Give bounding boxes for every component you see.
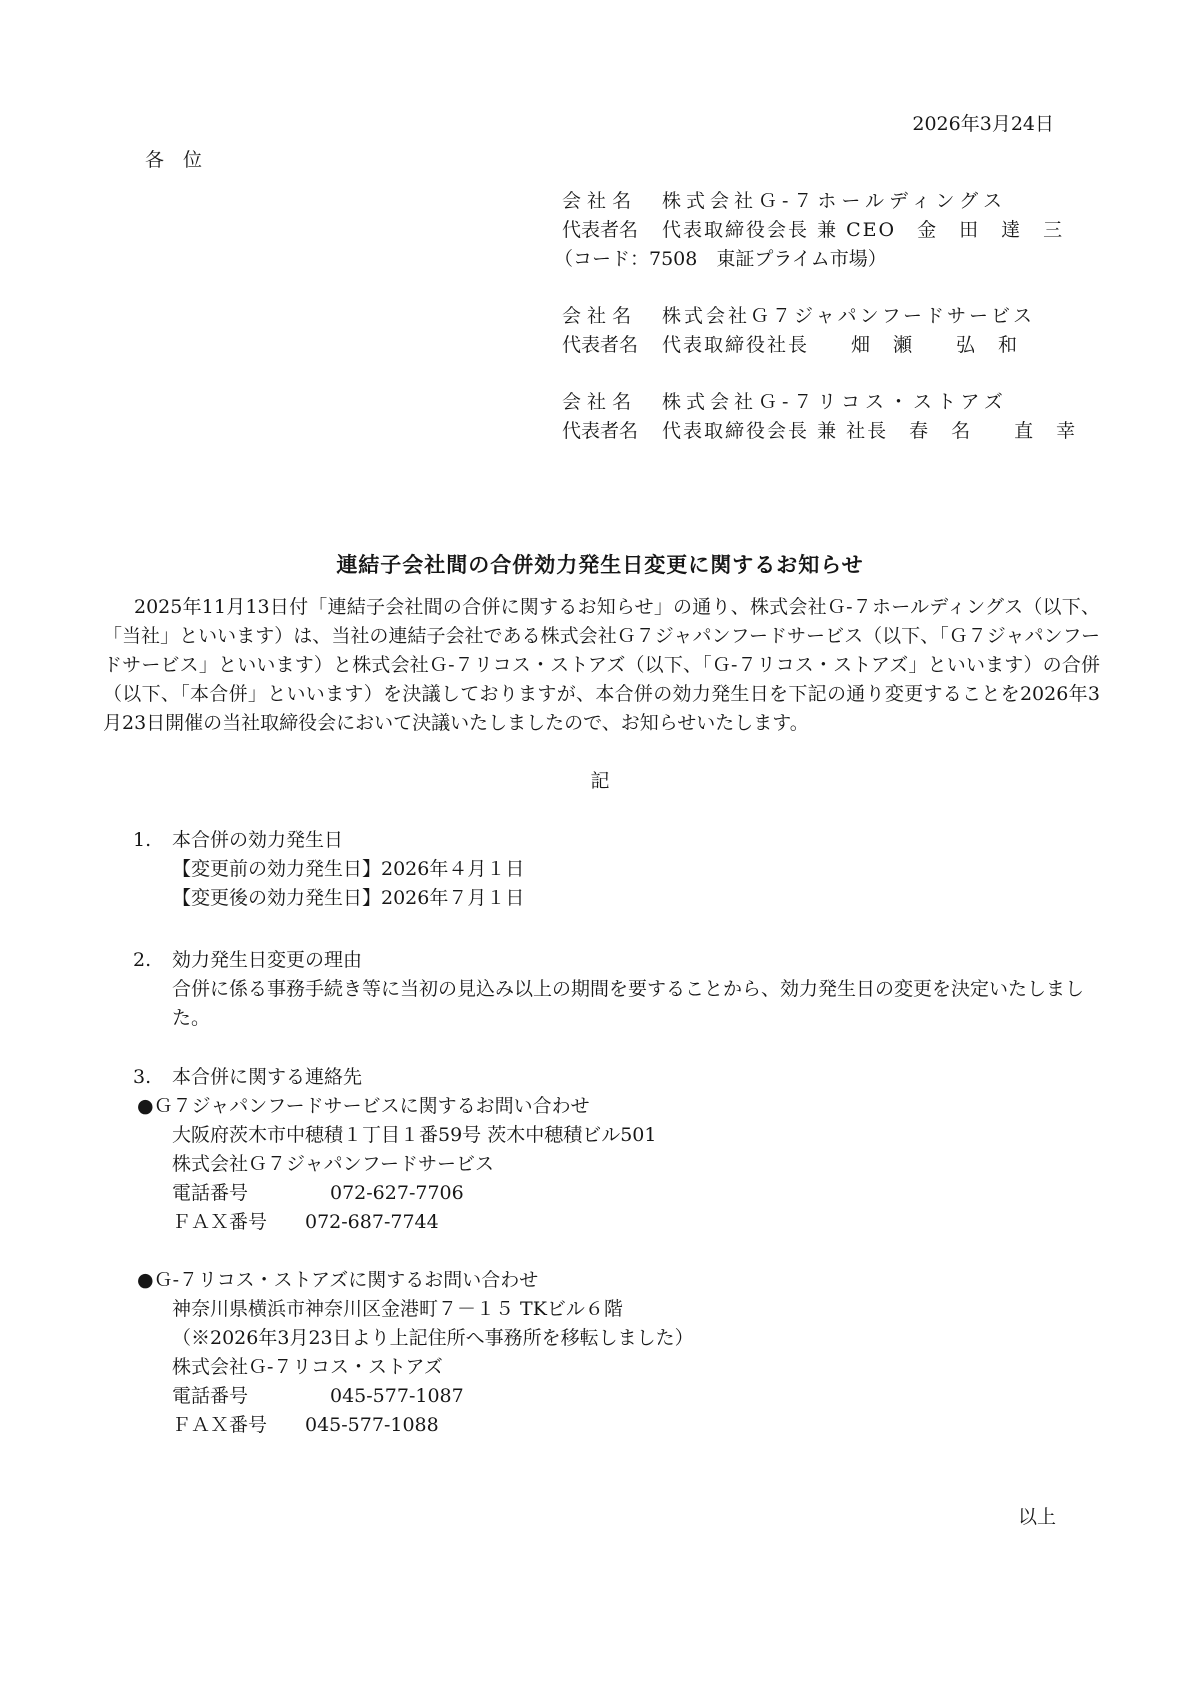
contact-tel-row: 電話番号 045-577-1087: [172, 1382, 1100, 1411]
representative-label: 代表者名: [562, 216, 662, 245]
company-name-value: 株式会社Ｇ‐７ホールディングス: [662, 187, 1007, 216]
company-name-row: 会 社 名 株式会社Ｇ７ジャパンフードサービス: [562, 302, 1200, 331]
company-name-label: 会 社 名: [562, 187, 662, 216]
closing-marker: 以上: [0, 1503, 1200, 1532]
fax-number: 072-687-7744: [305, 1208, 439, 1237]
tel-number: 072-627-7706: [330, 1179, 464, 1208]
section-effective-date: 1. 本合併の効力発生日 【変更前の効力発生日】2026年４月１日 【変更後の効…: [0, 826, 1100, 913]
effective-date-before: 【変更前の効力発生日】2026年４月１日: [172, 855, 1100, 884]
company-block-licos-stores: 会 社 名 株式会社Ｇ‐７リコス・ストアズ 代表者名 代表取締役会長 兼 社長 …: [562, 388, 1200, 446]
contact-address: 神奈川県横浜市神奈川区金港町７－１５ TKビル６階: [172, 1295, 1100, 1324]
contact-block-japan-food: ●Ｇ７ジャパンフードサービスに関するお問い合わせ 大阪府茨木市中穂積１丁目１番5…: [0, 1092, 1100, 1237]
recipient-line: 各 位: [145, 148, 1200, 172]
company-block-japan-food: 会 社 名 株式会社Ｇ７ジャパンフードサービス 代表者名 代表取締役社長 畑 瀬…: [562, 302, 1200, 360]
section-heading: 効力発生日変更の理由: [172, 946, 362, 975]
fax-label: ＦＡＸ番号: [172, 1411, 305, 1440]
section-number: 2.: [133, 946, 172, 975]
company-block-holdings: 会 社 名 株式会社Ｇ‐７ホールディングス 代表者名 代表取締役会長 兼 CEO…: [562, 187, 1200, 274]
contact-company: 株式会社Ｇ‐７リコス・ストアズ: [172, 1353, 1100, 1382]
contact-address: 大阪府茨木市中穂積１丁目１番59号 茨木中穂積ビル501: [172, 1121, 1100, 1150]
section-change-reason: 2. 効力発生日変更の理由 合併に係る事務手続き等に当初の見込み以上の期間を要す…: [0, 946, 1100, 1033]
contact-heading: ●Ｇ７ジャパンフードサービスに関するお問い合わせ: [137, 1092, 1100, 1121]
tel-number: 045-577-1087: [330, 1382, 464, 1411]
representative-label: 代表者名: [562, 417, 662, 446]
section-number: 1.: [133, 826, 172, 855]
contact-fax-row: ＦＡＸ番号 072-687-7744: [172, 1208, 1100, 1237]
tel-label: 電話番号: [172, 1382, 330, 1411]
fax-number: 045-577-1088: [305, 1411, 439, 1440]
representative-row: 代表者名 代表取締役会長 兼 社長 春 名 直 幸: [562, 417, 1200, 446]
contact-tel-row: 電話番号 072-627-7706: [172, 1179, 1100, 1208]
representative-row: 代表者名 代表取締役社長 畑 瀬 弘 和: [562, 331, 1200, 360]
tel-label: 電話番号: [172, 1179, 330, 1208]
section-heading: 本合併に関する連絡先: [172, 1063, 362, 1092]
change-reason-text: 合併に係る事務手続き等に当初の見込み以上の期間を要することから、効力発生日の変更…: [172, 975, 1100, 1033]
representative-label: 代表者名: [562, 331, 662, 360]
section-heading-row: 2. 効力発生日変更の理由: [0, 946, 1100, 975]
sender-company-info: 会 社 名 株式会社Ｇ‐７ホールディングス 代表者名 代表取締役会長 兼 CEO…: [562, 187, 1200, 446]
company-name-row: 会 社 名 株式会社Ｇ‐７リコス・ストアズ: [562, 388, 1200, 417]
contact-fax-row: ＦＡＸ番号 045-577-1088: [172, 1411, 1100, 1440]
company-name-value: 株式会社Ｇ７ジャパンフードサービス: [662, 302, 1035, 331]
document-date: 2026年3月24日: [0, 0, 1200, 136]
representative-row: 代表者名 代表取締役会長 兼 CEO 金 田 達 三: [562, 216, 1200, 245]
document-page: 2026年3月24日 各 位 会 社 名 株式会社Ｇ‐７ホールディングス 代表者…: [0, 0, 1200, 1697]
company-name-label: 会 社 名: [562, 302, 662, 331]
representative-value: 代表取締役会長 兼 CEO 金 田 達 三: [662, 216, 1064, 245]
contact-company: 株式会社Ｇ７ジャパンフードサービス: [172, 1150, 1100, 1179]
ki-marker: 記: [0, 767, 1200, 796]
company-name-label: 会 社 名: [562, 388, 662, 417]
representative-value: 代表取締役社長 畑 瀬 弘 和: [662, 331, 1019, 360]
company-name-value: 株式会社Ｇ‐７リコス・ストアズ: [662, 388, 1008, 417]
section-heading-row: 3. 本合併に関する連絡先: [0, 1063, 1100, 1092]
section-heading: 本合併の効力発生日: [172, 826, 343, 855]
section-number: 3.: [133, 1063, 172, 1092]
contact-relocation-note: （※2026年3月23日より上記住所へ事務所を移転しました）: [172, 1324, 1100, 1353]
stock-code-line: （コード：7508 東証プライム市場）: [554, 245, 1200, 274]
representative-value: 代表取締役会長 兼 社長 春 名 直 幸: [662, 417, 1077, 446]
document-title: 連結子会社間の合併効力発生日変更に関するお知らせ: [0, 550, 1200, 580]
section-contact: 3. 本合併に関する連絡先 ●Ｇ７ジャパンフードサービスに関するお問い合わせ 大…: [0, 1063, 1100, 1440]
fax-label: ＦＡＸ番号: [172, 1208, 305, 1237]
effective-date-after: 【変更後の効力発生日】2026年７月１日: [172, 884, 1100, 913]
contact-heading: ●Ｇ‐７リコス・ストアズに関するお問い合わせ: [137, 1266, 1100, 1295]
company-name-row: 会 社 名 株式会社Ｇ‐７ホールディングス: [562, 187, 1200, 216]
contact-block-licos-stores: ●Ｇ‐７リコス・ストアズに関するお問い合わせ 神奈川県横浜市神奈川区金港町７－１…: [0, 1266, 1100, 1440]
section-heading-row: 1. 本合併の効力発生日: [0, 826, 1100, 855]
body-paragraph: 2025年11月13日付「連結子会社間の合併に関するお知らせ」の通り、株式会社Ｇ…: [103, 593, 1100, 738]
